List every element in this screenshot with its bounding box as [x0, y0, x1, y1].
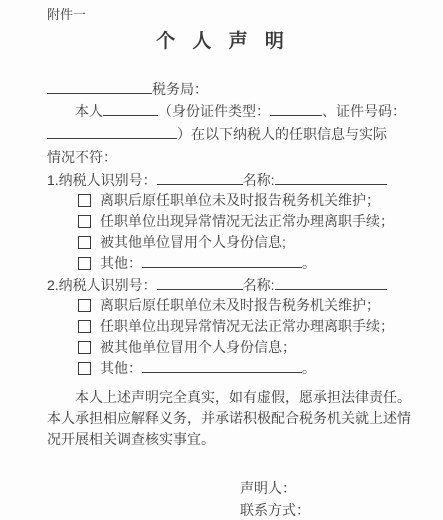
taxpayer-id-blank-field[interactable] — [157, 171, 243, 185]
checkbox[interactable] — [78, 257, 91, 270]
option-row: 被其他单位冒用个人身份信息; — [47, 232, 419, 253]
contact-label: 联系方式： — [240, 499, 419, 520]
option-row: 离职后原任职单位未及时报告税务机关维护； — [47, 295, 419, 316]
tax-bureau-line: 税务局： — [47, 78, 419, 100]
option-label: 其他： — [100, 255, 142, 271]
option-label: 其他： — [100, 360, 142, 376]
taxpayer-id-label: 1.纳税人识别号： — [47, 172, 157, 188]
option-suffix: 。 — [302, 255, 316, 271]
declarant-label: 声明人： — [240, 477, 419, 499]
option-label: 离职后原任职单位未及时报告税务机关维护； — [100, 297, 380, 313]
declarant-name-blank-field[interactable] — [103, 102, 158, 116]
id-type-label: （身份证件类型： — [158, 103, 270, 119]
id-number-blank-field[interactable] — [47, 125, 177, 139]
option-label: 被其他单位冒用个人身份信息； — [100, 339, 296, 355]
taxpayer-id-label: 2.纳税人识别号： — [47, 277, 157, 293]
taxpayer-name-blank-field[interactable] — [275, 276, 387, 290]
intro-line-3: 情况不符： — [47, 146, 419, 169]
other-blank-field[interactable] — [142, 359, 302, 373]
section-1-header: 1.纳税人识别号：名称: — [47, 170, 419, 190]
checkbox[interactable] — [78, 194, 91, 207]
taxpayer-id-blank-field[interactable] — [157, 276, 243, 290]
id-type-blank-field[interactable] — [270, 102, 322, 116]
other-blank-field[interactable] — [142, 254, 302, 268]
option-label: 离职后原任职单位未及时报告税务机关维护； — [100, 192, 380, 208]
attachment-label: 附件一 — [47, 6, 419, 23]
section-2-header: 2.纳税人识别号：名称: — [47, 275, 419, 295]
page-title: 个 人 声 明 — [27, 30, 419, 54]
option-label: 任职单位出现异常情况无法正常办理离职手续； — [100, 318, 394, 334]
option-suffix: 。 — [302, 360, 316, 376]
intro-line-1: 本人（身份证件类型：、证件号码： — [47, 100, 419, 123]
checkbox[interactable] — [78, 320, 91, 333]
declaration-paragraph: 本人上述声明完全真实，如有虚假，愿承担法律责任。本人承担相应解释义务，并承诺积极… — [47, 387, 419, 450]
option-row-other: 其他：。 — [47, 358, 419, 379]
option-label: 被其他单位冒用个人身份信息; — [100, 234, 286, 250]
option-row: 被其他单位冒用个人身份信息； — [47, 337, 419, 358]
option-label: 任职单位出现异常情况无法正常办理离职手续； — [100, 213, 394, 229]
name-label: 名称: — [243, 277, 275, 293]
checkbox[interactable] — [78, 341, 91, 354]
name-label: 名称: — [243, 172, 275, 188]
self-label: 本人 — [75, 103, 103, 119]
signature-block: 声明人： 联系方式： — [240, 477, 419, 520]
taxpayer-name-blank-field[interactable] — [275, 171, 387, 185]
personal-declaration-document: 附件一 个 人 声 明 税务局： 本人（身份证件类型：、证件号码： ）在以下纳税… — [0, 0, 443, 520]
id-number-label: 、证件号码： — [322, 103, 406, 119]
intro-line-2-text: ）在以下纳税人的任职信息与实际 — [177, 126, 387, 142]
option-row: 任职单位出现异常情况无法正常办理离职手续； — [47, 211, 419, 232]
checkbox[interactable] — [78, 215, 91, 228]
checkbox[interactable] — [78, 299, 91, 312]
intro-line-2: ）在以下纳税人的任职信息与实际 — [47, 123, 419, 146]
tax-bureau-blank-field[interactable] — [47, 80, 152, 94]
option-row: 离职后原任职单位未及时报告税务机关维护； — [47, 190, 419, 211]
tax-bureau-label: 税务局： — [152, 81, 208, 97]
option-row: 任职单位出现异常情况无法正常办理离职手续； — [47, 316, 419, 337]
intro-line-3-text: 情况不符： — [47, 149, 117, 165]
checkbox[interactable] — [78, 236, 91, 249]
checkbox[interactable] — [78, 362, 91, 375]
option-row-other: 其他：。 — [47, 253, 419, 274]
